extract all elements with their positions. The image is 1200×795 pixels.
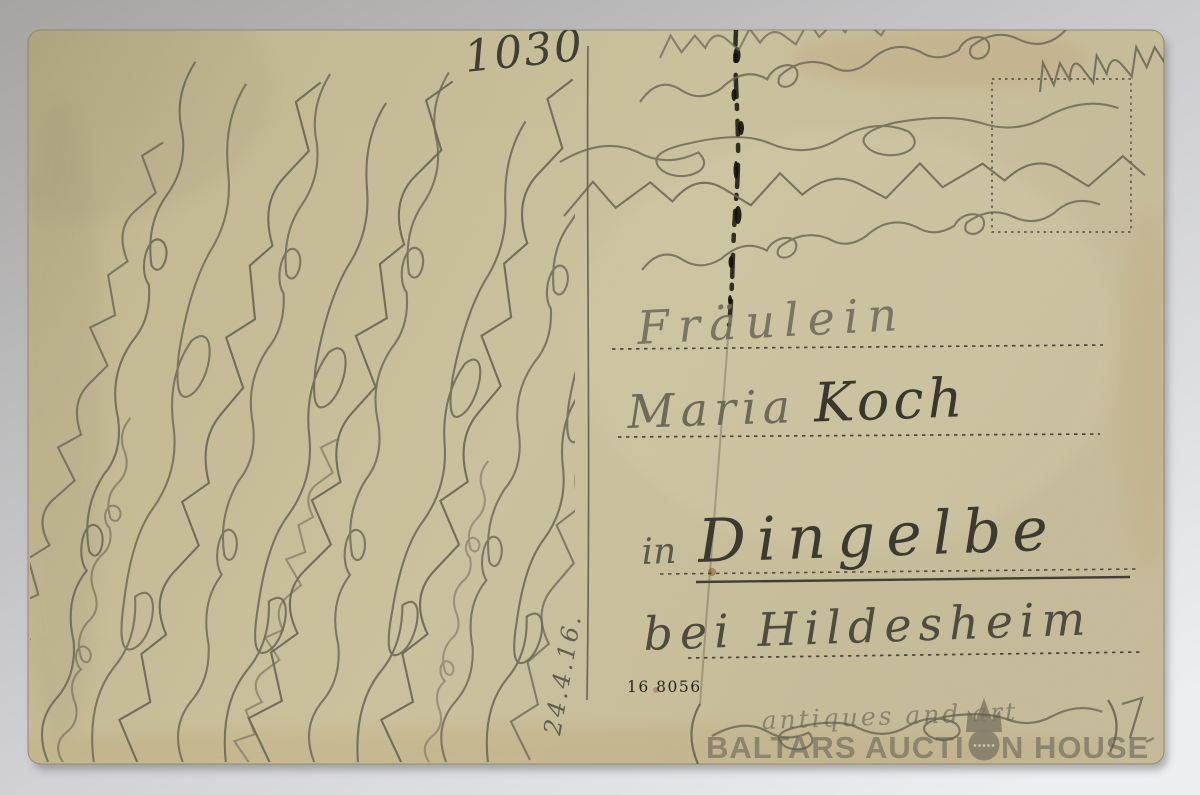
address-last-name: Koch xyxy=(812,366,968,434)
watermark-brand-left: BALTARS AUCTI xyxy=(706,730,965,765)
photo-scene: 16 8056 antiques and art BALTARS AUCTI N… xyxy=(0,0,1200,795)
postcard-photo: 16 8056 antiques and art BALTARS AUCTI N… xyxy=(0,0,1200,795)
address-town-line: inDingelbe xyxy=(640,494,1060,579)
printed-code: 16 8056 xyxy=(627,678,702,696)
paper-aging xyxy=(0,0,1184,778)
address-first-name: Maria xyxy=(625,379,796,439)
address-prefix: in xyxy=(641,531,677,573)
address-town: Dingelbe xyxy=(696,494,1060,577)
watermark-brand-right: N HOUSE xyxy=(1001,730,1149,765)
